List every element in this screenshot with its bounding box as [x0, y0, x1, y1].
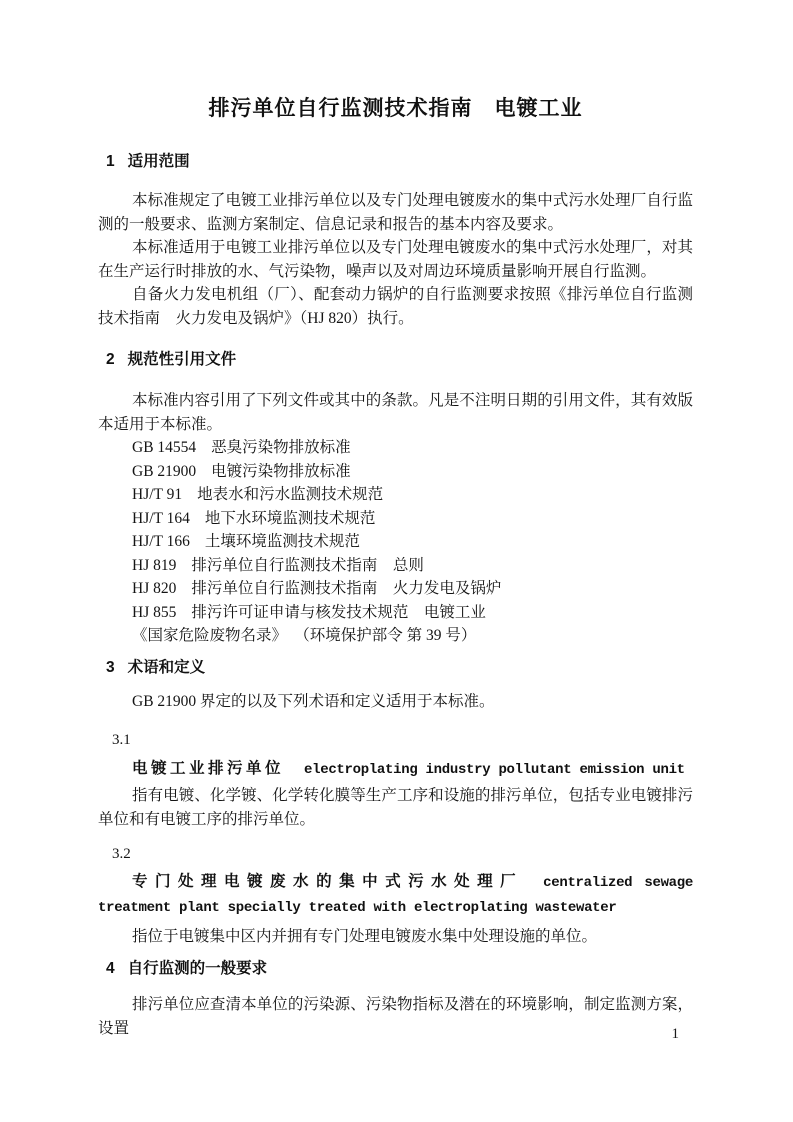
reference-code: HJ 855	[132, 604, 176, 621]
section-scope-body: 本标准规定了电镀工业排污单位以及专门处理电镀废水的集中式污水处理厂自行监测的一般…	[98, 189, 693, 330]
reference-item: HJ/T 164地下水环境监测技术规范	[98, 507, 693, 531]
section-number: 1	[106, 151, 115, 173]
term-definition: 指位于电镀集中区内并拥有专门处理电镀废水集中处理设施的单位。	[98, 925, 693, 949]
paragraph: 自备火力发电机组（厂）、配套动力锅炉的自行监测要求按照《排污单位自行监测技术指南…	[98, 283, 693, 330]
section-title: 规范性引用文件	[128, 351, 237, 368]
reference-code: HJ/T 164	[132, 510, 190, 527]
reference-item: HJ 820排污单位自行监测技术指南 火力发电及锅炉	[98, 577, 693, 601]
reference-item: GB 14554恶臭污染物排放标准	[98, 436, 693, 460]
section-number: 4	[106, 958, 115, 980]
section-number: 3	[106, 657, 115, 679]
reference-title: （环境保护部令 第 39 号）	[302, 627, 476, 644]
reference-code: HJ/T 166	[132, 533, 190, 550]
section-heading-scope: 1适用范围	[98, 151, 693, 173]
section-title: 适用范围	[128, 153, 190, 170]
reference-title: 土壤环境监测技术规范	[205, 533, 360, 550]
section-number: 2	[106, 349, 115, 371]
reference-code: HJ/T 91	[132, 486, 182, 503]
term-number: 3.1	[98, 729, 693, 753]
section-references-body: 本标准内容引用了下列文件或其中的条款。凡是不注明日期的引用文件，其有效版本适用于…	[98, 389, 693, 648]
paragraph: 本标准适用于电镀工业排污单位以及专门处理电镀废水的集中式污水处理厂，对其在生产运…	[98, 236, 693, 283]
term-number: 3.2	[98, 843, 693, 867]
reference-item: 《国家危险废物名录》（环境保护部令 第 39 号）	[98, 624, 693, 648]
reference-title: 排污单位自行监测技术指南 火力发电及锅炉	[191, 580, 501, 597]
term-name-line: 电镀工业排污单位electroplating industry pollutan…	[98, 757, 693, 783]
section-heading-normative-references: 2规范性引用文件	[98, 349, 693, 371]
section-general-requirements-body: 排污单位应查清本单位的污染源、污染物指标及潜在的环境影响，制定监测方案，设置	[98, 993, 693, 1040]
section-heading-general-requirements: 4自行监测的一般要求	[98, 958, 693, 980]
term-definition: 指有电镀、化学镀、化学转化膜等生产工序和设施的排污单位，包括专业电镀排污单位和有…	[98, 784, 693, 831]
page-number: 1	[672, 1026, 680, 1042]
reference-item: HJ/T 166土壤环境监测技术规范	[98, 530, 693, 554]
section-title: 自行监测的一般要求	[128, 960, 268, 977]
reference-title: 地下水环境监测技术规范	[205, 510, 376, 527]
document-content: 排污单位自行监测技术指南 电镀工业 1适用范围 本标准规定了电镀工业排污单位以及…	[98, 0, 693, 1040]
reference-code: 《国家危险废物名录》	[132, 627, 287, 644]
reference-item: HJ 819排污单位自行监测技术指南 总则	[98, 554, 693, 578]
reference-title: 恶臭污染物排放标准	[211, 439, 351, 456]
document-page: 排污单位自行监测技术指南 电镀工业 1适用范围 本标准规定了电镀工业排污单位以及…	[0, 0, 793, 1122]
reference-item: HJ 855排污许可证申请与核发技术规范 电镀工业	[98, 601, 693, 625]
reference-title: 排污许可证申请与核发技术规范 电镀工业	[191, 604, 486, 621]
section-title: 术语和定义	[128, 659, 206, 676]
reference-code: GB 21900	[132, 463, 196, 480]
reference-code: HJ 820	[132, 580, 176, 597]
paragraph: GB 21900 界定的以及下列术语和定义适用于本标准。	[98, 690, 693, 714]
paragraph: 本标准规定了电镀工业排污单位以及专门处理电镀废水的集中式污水处理厂自行监测的一般…	[98, 189, 693, 236]
section-heading-terms-definitions: 3术语和定义	[98, 657, 693, 679]
term-name-line: 专门处理电镀废水的集中式污水处理厂centralized sewage trea…	[98, 870, 693, 921]
reference-code: HJ 819	[132, 557, 176, 574]
reference-code: GB 14554	[132, 439, 196, 456]
reference-item: GB 21900电镀污染物排放标准	[98, 460, 693, 484]
reference-title: 排污单位自行监测技术指南 总则	[191, 557, 424, 574]
term-name-zh: 专门处理电镀废水的集中式污水处理厂	[132, 873, 523, 890]
paragraph: 排污单位应查清本单位的污染源、污染物指标及潜在的环境影响，制定监测方案，设置	[98, 993, 693, 1040]
paragraph: 本标准内容引用了下列文件或其中的条款。凡是不注明日期的引用文件，其有效版本适用于…	[98, 389, 693, 436]
term-name-zh: 电镀工业排污单位	[132, 760, 284, 777]
reference-item: HJ/T 91地表水和污水监测技术规范	[98, 483, 693, 507]
reference-title: 地表水和污水监测技术规范	[197, 486, 383, 503]
document-title: 排污单位自行监测技术指南 电镀工业	[98, 94, 693, 124]
reference-title: 电镀污染物排放标准	[211, 463, 351, 480]
term-name-en: electroplating industry pollutant emissi…	[304, 762, 685, 778]
